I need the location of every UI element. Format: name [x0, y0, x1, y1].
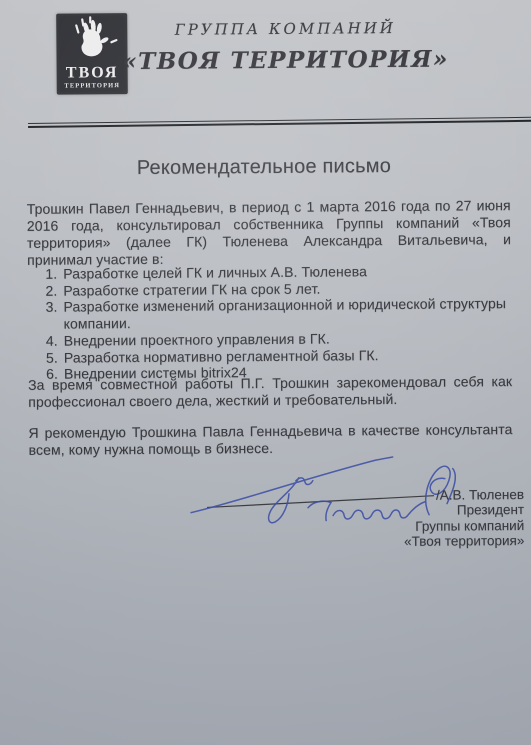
signatory-name: /А.В. Тюленев: [404, 487, 524, 503]
signatory-role: Президент: [404, 502, 524, 518]
header-divider: [28, 117, 531, 128]
intro-paragraph: Трошкин Павел Геннадьевич, в период с 1 …: [27, 197, 512, 269]
letter-title: Рекомендательное письмо: [0, 154, 529, 181]
logo-brand-sub: ТЕРРИТОРИЯ: [57, 82, 128, 90]
signatory-org-line2: «Твоя территория»: [404, 533, 524, 549]
assessment-paragraph: За время совместной работы П.Г. Трошкин …: [28, 373, 512, 411]
signatory-block: /А.В. Тюленев Президент Группы компаний …: [404, 487, 525, 549]
letterhead: ГРУППА КОМПАНИЙ «ТВОЯ ТЕРРИТОРИЯ»: [87, 18, 483, 75]
signatory-org-line1: Группы компаний: [404, 518, 524, 534]
company-name: «ТВОЯ ТЕРРИТОРИЯ»: [87, 45, 483, 75]
company-group-label: ГРУППА КОМПАНИЙ: [87, 18, 483, 39]
list-item: Разработке изменений организационной и ю…: [61, 295, 531, 332]
letter-page: ТВОЯ ТЕРРИТОРИЯ ГРУППА КОМПАНИЙ «ТВОЯ ТЕ…: [0, 0, 531, 745]
document-photo: ТВОЯ ТЕРРИТОРИЯ ГРУППА КОМПАНИЙ «ТВОЯ ТЕ…: [0, 0, 531, 745]
participation-list: Разработке целей ГК и личных А.В. Тюлене…: [27, 262, 531, 383]
